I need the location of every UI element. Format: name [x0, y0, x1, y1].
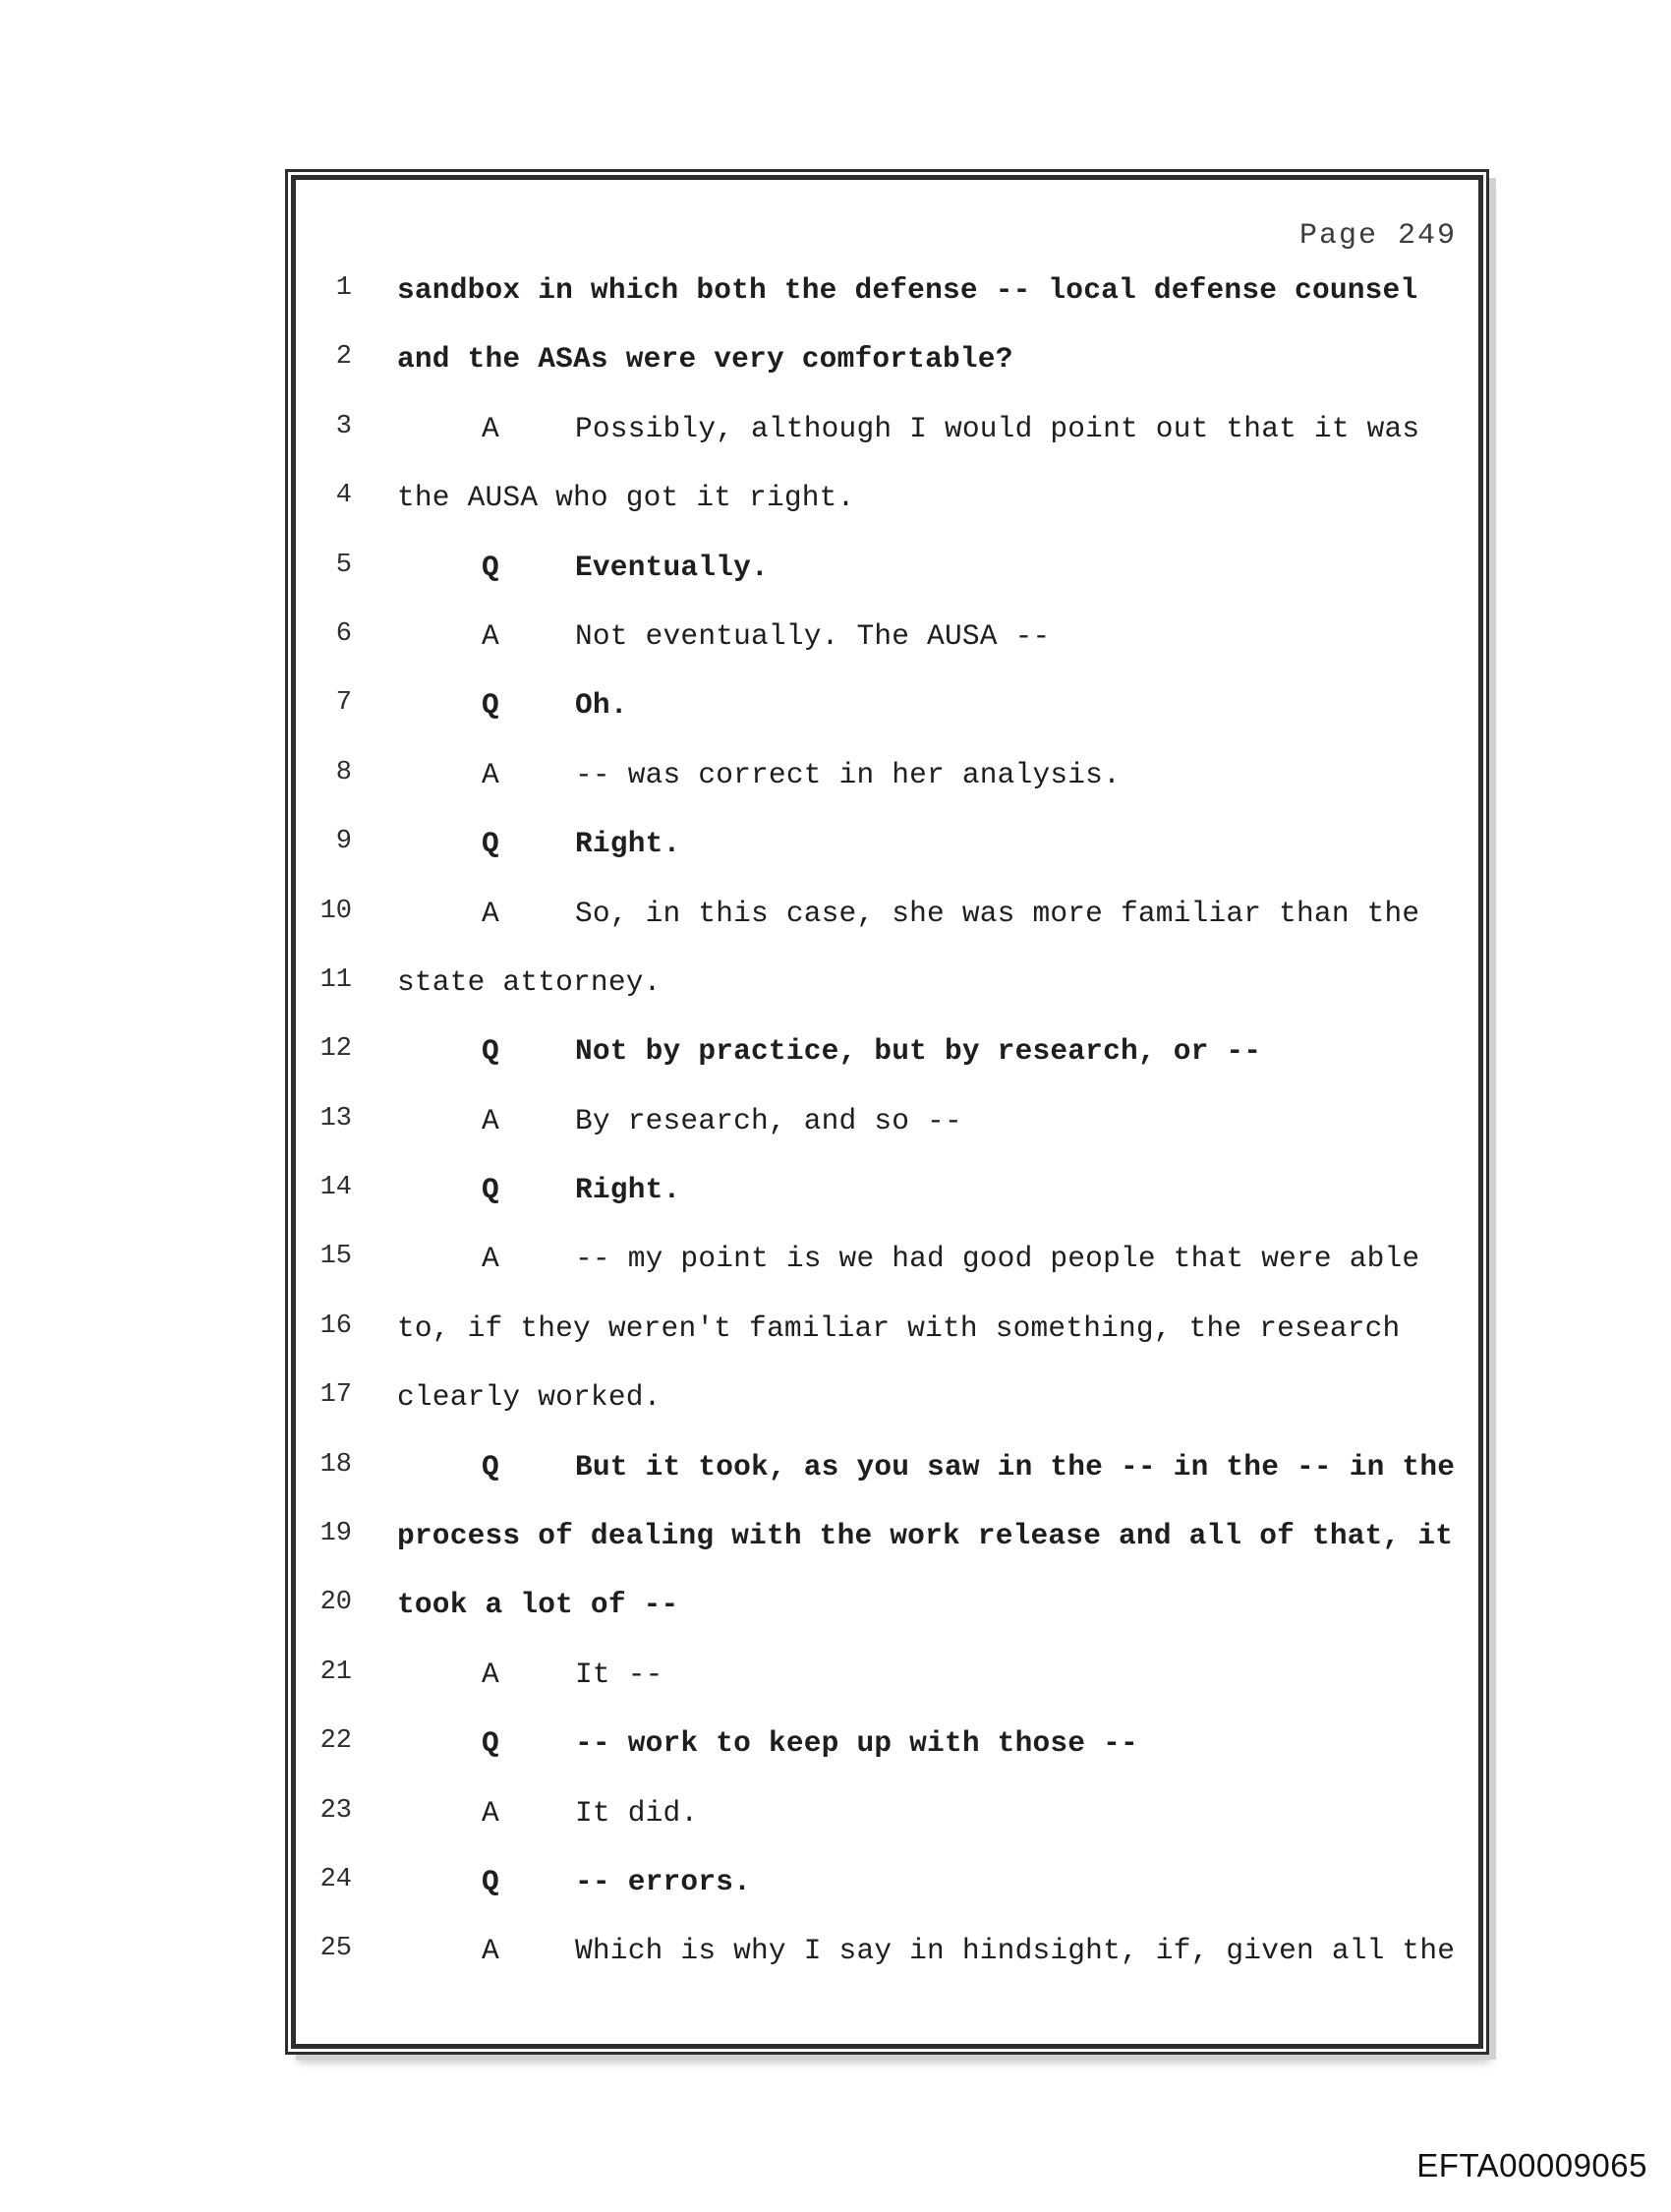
line-number: 2	[296, 342, 352, 372]
speaker-label: A	[482, 758, 499, 791]
transcript-line: 9QRight.	[296, 827, 1478, 896]
transcript-line: 25AWhich is why I say in hindsight, if, …	[296, 1934, 1478, 2003]
line-text: But it took, as you saw in the -- in the…	[575, 1450, 1455, 1484]
speaker-label: A	[482, 1796, 499, 1830]
page-number-label: Page 249	[1299, 219, 1457, 253]
line-text: -- work to keep up with those --	[575, 1726, 1138, 1760]
line-text: -- errors.	[575, 1865, 751, 1898]
transcript-line: 16to, if they weren't familiar with some…	[296, 1311, 1478, 1380]
line-number: 12	[296, 1034, 352, 1064]
line-number: 19	[296, 1519, 352, 1548]
line-text: -- was correct in her analysis.	[575, 758, 1121, 791]
line-number: 13	[296, 1104, 352, 1134]
transcript-line: 20took a lot of --	[296, 1588, 1478, 1657]
line-text: -- my point is we had good people that w…	[575, 1242, 1419, 1275]
line-number: 22	[296, 1726, 352, 1756]
speaker-label: Q	[482, 1034, 499, 1068]
line-number: 18	[296, 1450, 352, 1480]
line-number: 24	[296, 1865, 352, 1894]
transcript-line: 3APossibly, although I would point out t…	[296, 412, 1478, 481]
scanned-transcript-page: Page 249 1sandbox in which both the defe…	[0, 0, 1671, 2212]
speaker-label: Q	[482, 1726, 499, 1760]
line-text: It --	[575, 1658, 663, 1691]
transcript-line: 17clearly worked.	[296, 1380, 1478, 1449]
transcript-line: 21AIt --	[296, 1658, 1478, 1726]
line-number: 10	[296, 897, 352, 926]
bates-number: EFTA00009065	[1416, 2147, 1647, 2184]
transcript-line: 24Q-- errors.	[296, 1865, 1478, 1934]
line-text: Which is why I say in hindsight, if, giv…	[575, 1934, 1455, 1967]
speaker-label: A	[482, 1658, 499, 1691]
transcript-line: 7QOh.	[296, 688, 1478, 757]
speaker-label: Q	[482, 1173, 499, 1206]
line-number: 17	[296, 1380, 352, 1410]
speaker-label: Q	[482, 827, 499, 860]
transcript-line: 23AIt did.	[296, 1796, 1478, 1865]
transcript-line: 5QEventually.	[296, 551, 1478, 619]
line-number: 14	[296, 1173, 352, 1202]
line-text: and the ASAs were very comfortable?	[397, 342, 1013, 376]
speaker-label: Q	[482, 1450, 499, 1484]
transcript-body: 1sandbox in which both the defense -- lo…	[296, 273, 1478, 2004]
line-text: process of dealing with the work release…	[397, 1519, 1453, 1552]
line-text: the AUSA who got it right.	[397, 481, 854, 514]
line-text: state attorney.	[397, 965, 662, 999]
line-number: 23	[296, 1796, 352, 1826]
line-text: took a lot of --	[397, 1588, 678, 1621]
line-text: It did.	[575, 1796, 698, 1830]
line-number: 3	[296, 412, 352, 441]
transcript-line: 10ASo, in this case, she was more famili…	[296, 897, 1478, 965]
transcript-line: 8A-- was correct in her analysis.	[296, 758, 1478, 827]
line-number: 11	[296, 965, 352, 995]
line-text: Right.	[575, 827, 680, 860]
transcript-line: 11state attorney.	[296, 965, 1478, 1034]
transcript-line: 18QBut it took, as you saw in the -- in …	[296, 1450, 1478, 1519]
line-number: 9	[296, 827, 352, 856]
line-text: Possibly, although I would point out tha…	[575, 412, 1419, 445]
transcript-line: 2and the ASAs were very comfortable?	[296, 342, 1478, 411]
line-number: 1	[296, 273, 352, 303]
speaker-label: A	[482, 1104, 499, 1137]
line-text: Oh.	[575, 688, 628, 722]
line-number: 20	[296, 1588, 352, 1617]
line-text: By research, and so --	[575, 1104, 962, 1137]
speaker-label: Q	[482, 1865, 499, 1898]
transcript-line: 14QRight.	[296, 1173, 1478, 1242]
speaker-label: Q	[482, 688, 499, 722]
line-text: Not eventually. The AUSA --	[575, 619, 1050, 653]
speaker-label: A	[482, 1934, 499, 1967]
line-number: 4	[296, 481, 352, 510]
transcript-line: 13ABy research, and so --	[296, 1104, 1478, 1173]
line-text: So, in this case, she was more familiar …	[575, 897, 1419, 930]
transcript-line: 15A-- my point is we had good people tha…	[296, 1242, 1478, 1310]
line-number: 21	[296, 1658, 352, 1687]
line-text: Eventually.	[575, 551, 769, 584]
line-number: 6	[296, 619, 352, 649]
line-text: sandbox in which both the defense -- loc…	[397, 273, 1417, 307]
line-number: 7	[296, 688, 352, 718]
line-number: 16	[296, 1311, 352, 1341]
line-text: clearly worked.	[397, 1380, 662, 1414]
line-text: Right.	[575, 1173, 680, 1206]
speaker-label: A	[482, 897, 499, 930]
transcript-line: 22Q-- work to keep up with those --	[296, 1726, 1478, 1795]
transcript-line: 6ANot eventually. The AUSA --	[296, 619, 1478, 688]
line-number: 15	[296, 1242, 352, 1271]
speaker-label: Q	[482, 551, 499, 584]
speaker-label: A	[482, 1242, 499, 1275]
line-text: Not by practice, but by research, or --	[575, 1034, 1261, 1068]
speaker-label: A	[482, 619, 499, 653]
transcript-line: 1sandbox in which both the defense -- lo…	[296, 273, 1478, 342]
line-number: 25	[296, 1934, 352, 1963]
transcript-page-frame: Page 249 1sandbox in which both the defe…	[285, 169, 1489, 2055]
line-number: 5	[296, 551, 352, 580]
transcript-line: 4the AUSA who got it right.	[296, 481, 1478, 550]
transcript-line: 19process of dealing with the work relea…	[296, 1519, 1478, 1588]
line-text: to, if they weren't familiar with someth…	[397, 1311, 1400, 1345]
transcript-line: 12QNot by practice, but by research, or …	[296, 1034, 1478, 1103]
transcript-page-frame-inner: Page 249 1sandbox in which both the defe…	[291, 175, 1483, 2049]
speaker-label: A	[482, 412, 499, 445]
line-number: 8	[296, 758, 352, 787]
